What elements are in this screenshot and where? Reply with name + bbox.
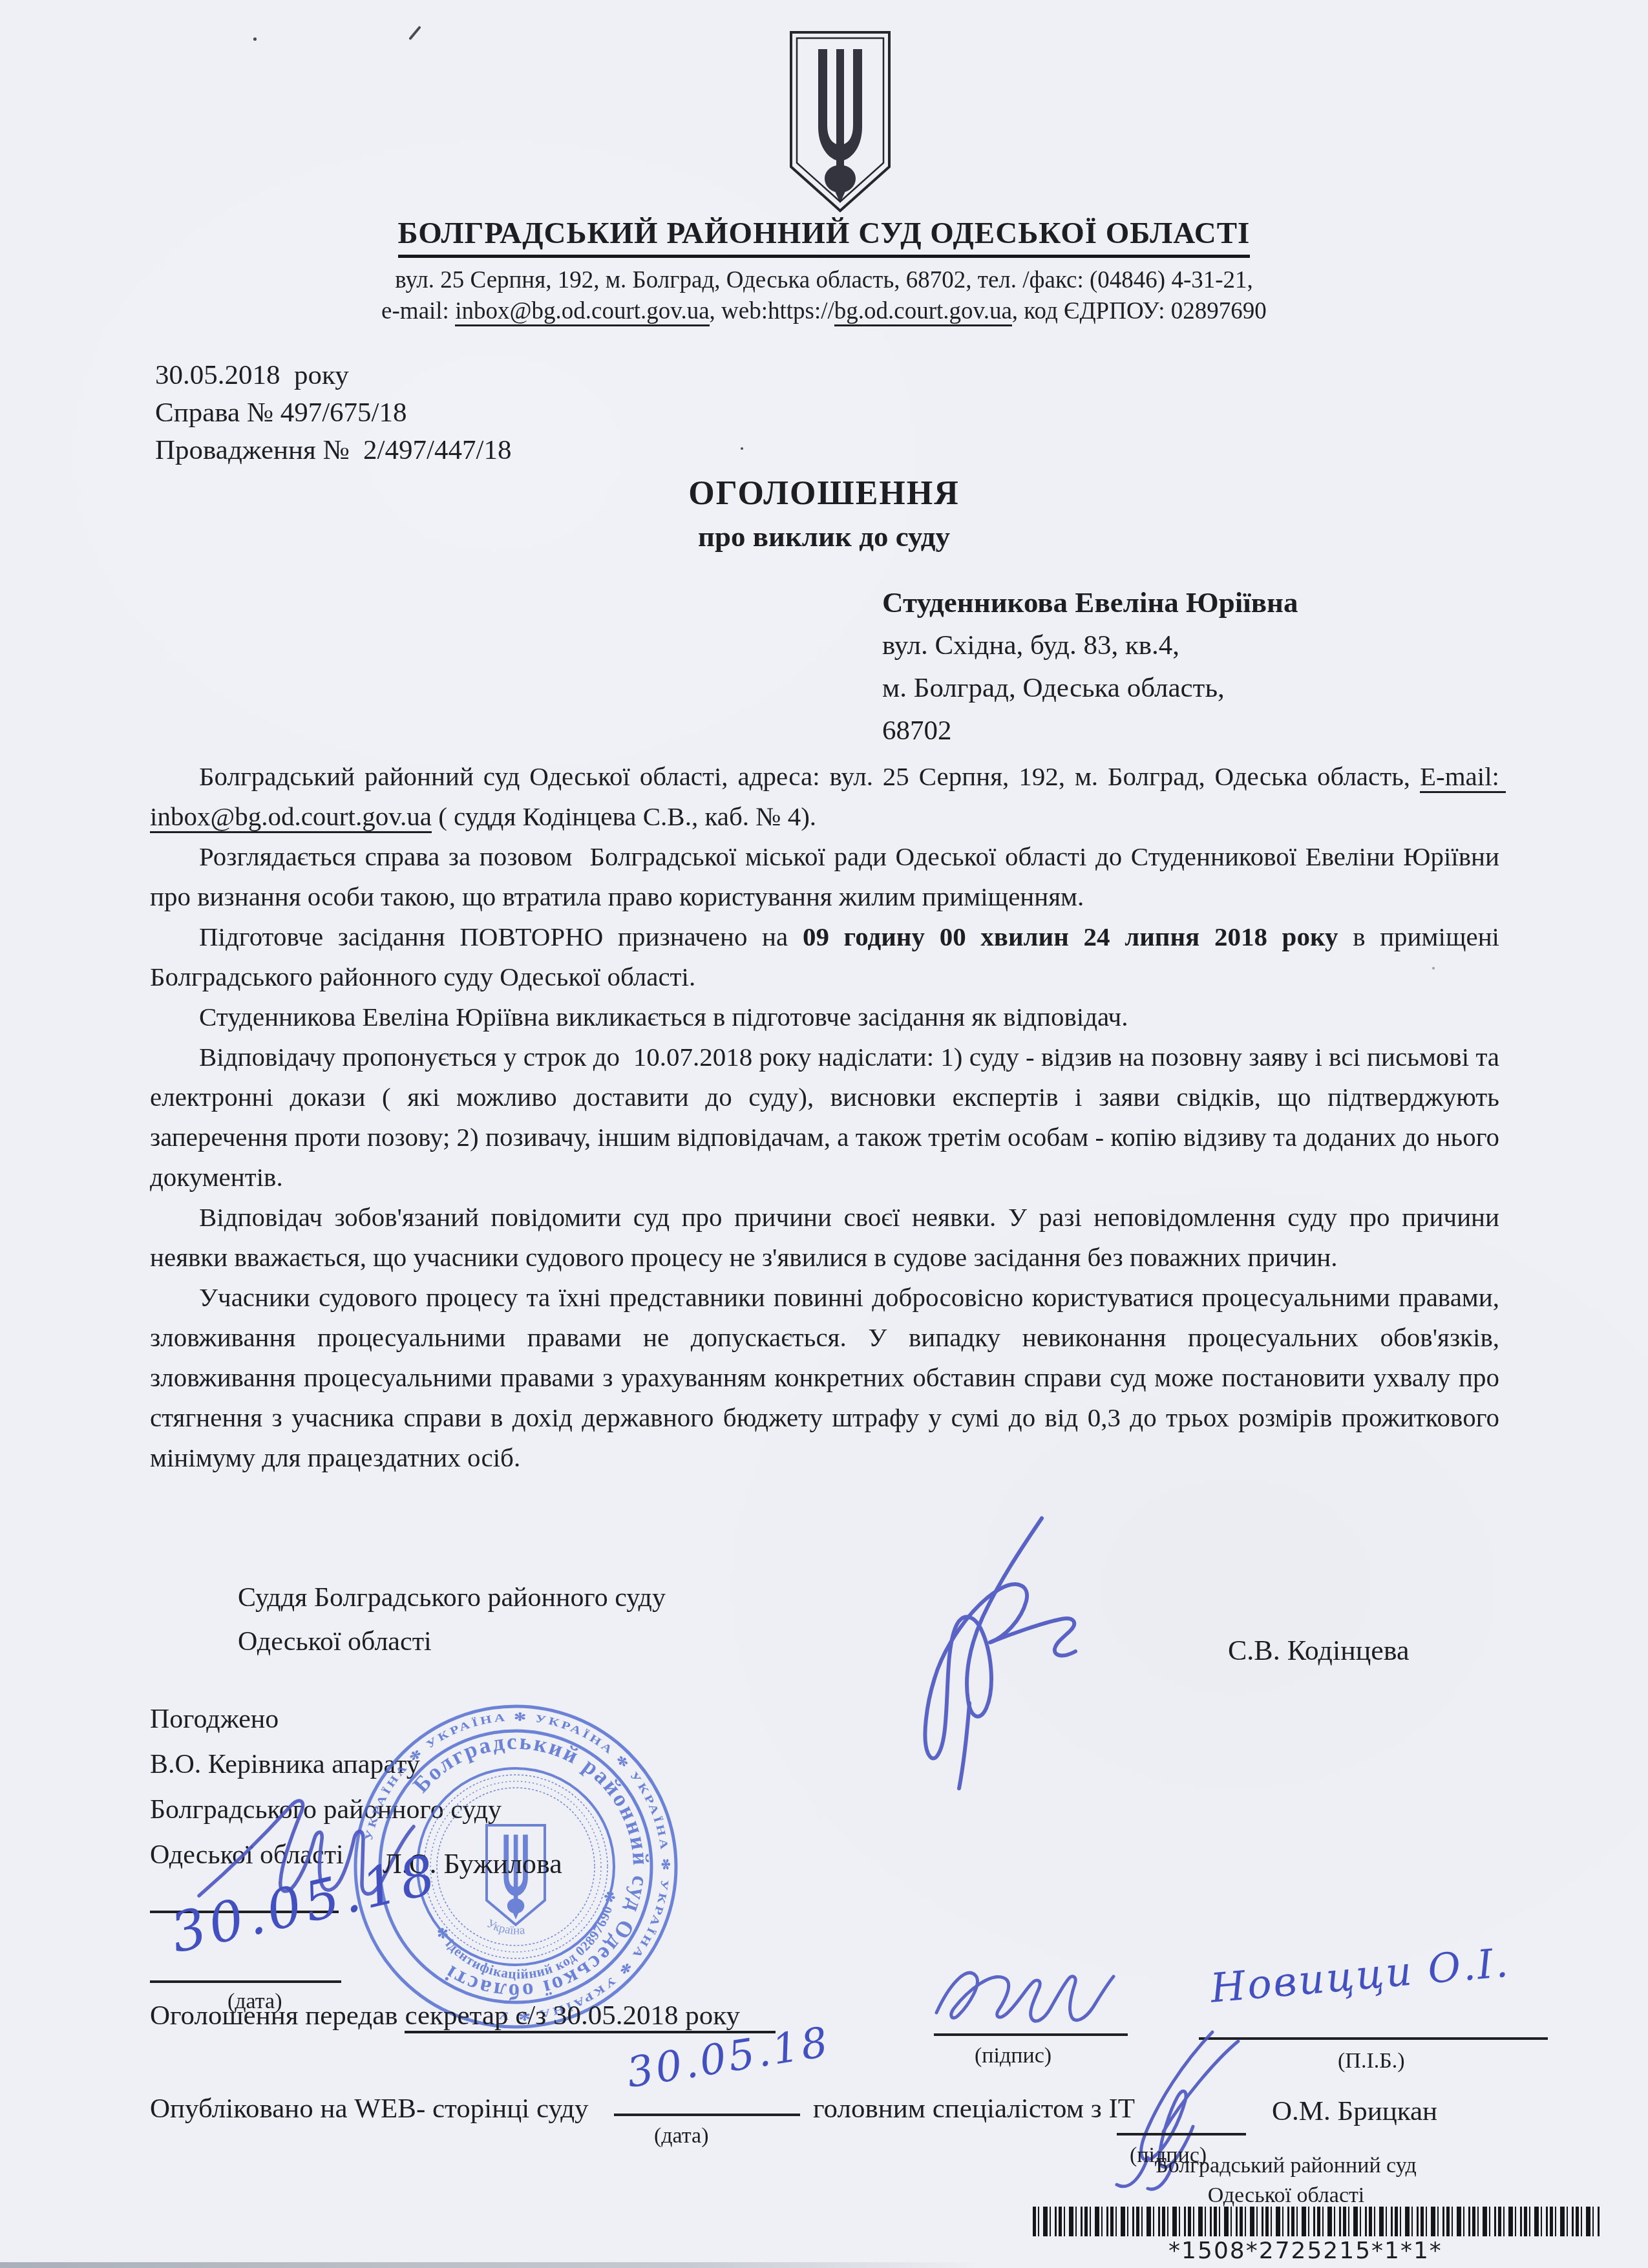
judge-title-line2: Одеської області (238, 1626, 432, 1657)
court-email-link[interactable]: inbox@bg.od.court.gov.ua (455, 298, 709, 326)
judge-name: С.В. Кодінцева (1228, 1634, 1410, 1667)
publish-date-line (614, 2114, 800, 2116)
approval-date-line (150, 1980, 341, 1983)
it-specialist-name: О.М. Брицкан (1272, 2095, 1437, 2127)
email-prefix: e-mail: (381, 298, 455, 324)
scanned-court-document: БОЛГРАДСЬКИЙ РАЙОННИЙ СУД ОДЕСЬКОЇ ОБЛАС… (0, 0, 1648, 2268)
body-paragraph-court-info: Болградський районний суд Одеської облас… (150, 756, 1499, 836)
addressee-zip: 68702 (882, 715, 952, 747)
page-title: ОГОЛОШЕННЯ (0, 474, 1648, 513)
court-name-header: БОЛГРАДСЬКИЙ РАЙОННИЙ СУД ОДЕСЬКОЇ ОБЛАС… (0, 216, 1648, 258)
web-prefix: , web:https:// (710, 298, 834, 324)
barcode (1033, 2207, 1601, 2236)
footer-court-name: Болградський районний суд (1060, 2152, 1512, 2179)
body-paragraph-case: Розглядається справа за позовом Болградс… (150, 836, 1499, 917)
signature-label-secretary: (підпис) (975, 2044, 1051, 2068)
date-label-publish: (дата) (654, 2124, 709, 2148)
document-date: 30.05.2018 року (155, 359, 349, 391)
scan-speck (253, 37, 257, 41)
addressee-street: вул. Східна, буд. 83, кв.4, (882, 630, 1179, 661)
ukraine-trident-emblem (787, 30, 893, 215)
pib-label: (П.І.Б.) (1338, 2049, 1405, 2073)
court-web-link[interactable]: bg.od.court.gov.ua (834, 298, 1012, 326)
scan-speck (408, 26, 421, 40)
barcode-number: *1508*2725215*1*1* (1060, 2238, 1551, 2264)
hearing-datetime: 09 годину 00 хвилин 24 липня 2018 року (803, 922, 1338, 951)
page-subtitle: про виклик до суду (0, 520, 1648, 553)
it-signature-line (1117, 2133, 1246, 2136)
judge-signature (872, 1509, 1118, 1800)
judge-title-line1: Суддя Болградського районного суду (238, 1582, 666, 1613)
document-body: Болградський районний суд Одеської облас… (150, 756, 1499, 1478)
case-number: Справа № 497/675/18 (155, 397, 407, 429)
scan-speck (741, 447, 743, 450)
transfer-statement: Оголошення передав секретар с/з 30.05.20… (150, 2000, 776, 2031)
publish-statement: Опубліковано на WEB- сторінці суду (150, 2093, 589, 2125)
body-paragraph-summons: Студенникова Евеліна Юріївна викликаєтьс… (150, 997, 1499, 1037)
approved-label: Погоджено (150, 1704, 279, 1735)
footer-court-region: Одеської області (1060, 2182, 1512, 2209)
court-address-line: вул. 25 Серпня, 192, м. Болград, Одеська… (0, 266, 1648, 294)
addressee-city: м. Болград, Одеська область, (882, 672, 1225, 704)
body-paragraph-hearing: Підготовче засідання ПОВТОРНО призначено… (150, 917, 1499, 997)
proceeding-number: Провадження № 2/497/447/18 (155, 434, 511, 466)
transfer-underlined-part: секретар с/з 30.05.2018 року (405, 2000, 776, 2033)
body-paragraph-deadline: Відповідачу пропонується у строк до 10.0… (150, 1037, 1499, 1197)
addressee-name: Студенникова Евеліна Юріївна (882, 586, 1298, 619)
body-paragraph-absence: Відповідач зобов'язаний повідомити суд п… (150, 1197, 1499, 1277)
scan-speck (1432, 967, 1435, 970)
scanner-edge-shadow (0, 2262, 982, 2268)
secretary-handwritten-name: Новицци О.І. (1209, 1939, 1512, 2012)
court-contacts-line: e-mail: inbox@bg.od.court.gov.ua, web:ht… (0, 297, 1648, 325)
edrpou-code: , код ЄДРПОУ: 02897690 (1012, 298, 1267, 324)
body-paragraph-duties: Учасники судового процесу та їхні предст… (150, 1277, 1499, 1478)
